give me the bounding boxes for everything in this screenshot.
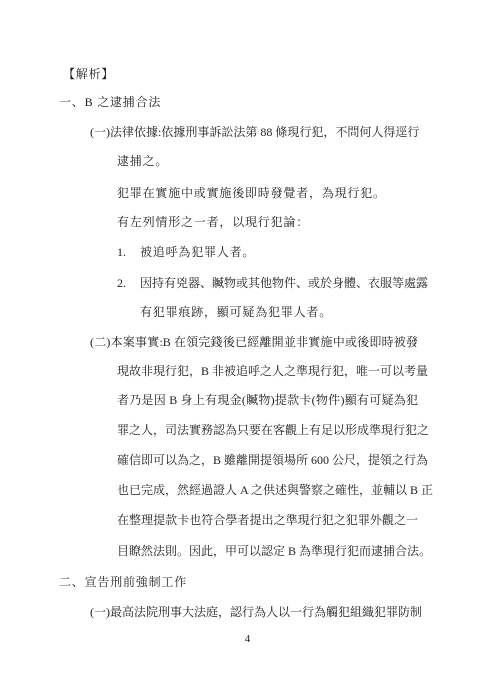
list-item-1-text: 被追呼為犯罪人者。 xyxy=(140,244,255,260)
list-item-2-line-1: 因持有兇器、贓物或其他物件、或於身體、衣服等處露 xyxy=(140,275,418,291)
s2-sub-a-line-1: (一)最高法院刑事大法庭，認行為人以一行為觸犯組織犯罪防制 xyxy=(90,604,418,620)
s1-sub-b-line-4: 罪之人，司法實務認為只要在客觀上有足以形成準現行犯之 xyxy=(117,422,418,438)
page-number: 4 xyxy=(0,632,495,646)
s1-sub-b-line-8: 目瞭然法則。因此，甲可以認定 B 為準現行犯而逮捕合法。 xyxy=(117,543,418,559)
list-item-2-marker: 2. xyxy=(117,275,126,291)
s1-sub-b-line-6: 也已完成，然經過證人 A 之供述與警察之確性，並輔以 B 正 xyxy=(117,482,418,498)
s1-sub-b-line-7: 在整理提款卡也符合學者提出之準現行犯之犯罪外觀之一 xyxy=(117,512,418,528)
list-item-2-line-2: 有犯罪痕跡，顯可疑為犯罪人者。 xyxy=(140,304,332,320)
s1-sub-b-line-5: 確信即可以為之，B 雖離開提領場所 600 公尺，提領之行為 xyxy=(117,452,418,468)
s1-sub-b-line-1: (二)本案事實:B 在領完錢後已經離開並非實施中或後即時被發 xyxy=(90,334,418,350)
s1-sub-b-line-3: 者乃是因 B 身上有現金(贓物)提款卡(物件)顯有可疑為犯 xyxy=(117,392,418,408)
s1-sub-a-line-4: 有左列情形之一者，以現行犯論： xyxy=(117,214,309,230)
s1-sub-a-line-2: 逮捕之。 xyxy=(117,153,168,169)
s1-sub-a-line-1: (一)法律依據:依據刑事訴訟法第 88 條現行犯，不問何人得逕行 xyxy=(90,124,418,140)
list-item-1-marker: 1. xyxy=(117,244,126,260)
section-2-title: 二、宣告刑前強制工作 xyxy=(59,574,187,590)
document-page: 【解析】 一、B 之逮捕合法 (一)法律依據:依據刑事訴訟法第 88 條現行犯，… xyxy=(0,0,495,700)
section-1-title: 一、B 之逮捕合法 xyxy=(59,94,161,110)
analysis-heading: 【解析】 xyxy=(63,66,114,82)
s1-sub-a-line-3: 犯罪在實施中或實施後即時發覺者，為現行犯。 xyxy=(117,185,386,201)
s1-sub-b-line-2: 現故非現行犯，B 非被追呼之人之準現行犯，唯一可以考量 xyxy=(117,363,418,379)
